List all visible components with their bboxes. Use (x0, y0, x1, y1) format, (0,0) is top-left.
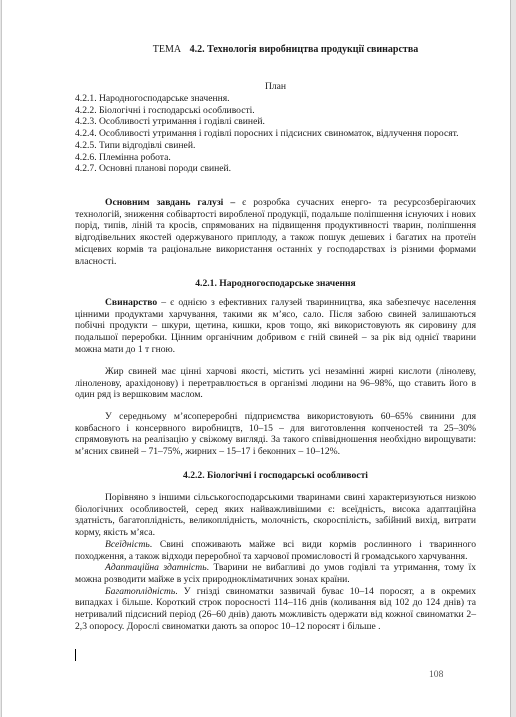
plan-item: 4.2.1. Народногосподарське значення. (75, 93, 476, 105)
plan-item: 4.2.3. Особливості утримання і годівлі с… (75, 116, 476, 128)
intro-block: Основним завдань галузі – є розробка суч… (75, 197, 476, 267)
page-title: ТЕМА 4.2. Технологія виробництва продукц… (75, 44, 476, 56)
term-omnivorous: Всеїдність (105, 539, 150, 550)
section1-p1-block: Свинарство – є однією з ефективних галуз… (75, 297, 476, 356)
intro-bold-lead: Основним завдань галузі – (105, 197, 235, 208)
title-text: 4.2. Технологія виробництва продукції св… (190, 44, 419, 55)
section2-paragraph: Адаптаційна здатність. Тварини не вибагл… (75, 562, 476, 585)
section1-paragraph: Свинарство – є однією з ефективних галуз… (75, 297, 476, 356)
section2-paragraph: Всеїдність. Свині споживають майже всі в… (75, 539, 476, 562)
section1-paragraph: Жир свиней має цінні харчові якості, міс… (75, 366, 476, 401)
text-cursor[interactable] (75, 649, 76, 661)
section1-bold-lead: Свинарство (105, 297, 157, 308)
section1-p3-block: У середньому м’ясопереробні підприємства… (75, 411, 476, 458)
term-adaptability: Адаптаційна здатність (105, 562, 207, 573)
section1-paragraph: У середньому м’ясопереробні підприємства… (75, 411, 476, 458)
plan-item: 4.2.4. Особливості утримання і годівлі п… (75, 128, 476, 140)
page-number: 108 (429, 669, 443, 680)
document-page: ТЕМА 4.2. Технологія виробництва продукц… (1, 0, 511, 717)
plan-item: 4.2.7. Основні планові породи свиней. (75, 163, 476, 175)
section-heading-4-2-2: 4.2.2. Біологічні і господарські особлив… (75, 470, 476, 482)
plan-item: 4.2.6. Племінна робота. (75, 152, 476, 164)
section2-p1-block: Порівняно з іншими сільськогосподарським… (75, 492, 476, 632)
intro-paragraph: Основним завдань галузі – є розробка суч… (75, 197, 476, 267)
term-prolificacy: Багатоплідність (105, 586, 175, 597)
plan-item: 4.2.2. Біологічні і господарські особлив… (75, 105, 476, 117)
plan-heading: План (75, 81, 476, 93)
title-prefix: ТЕМА (153, 44, 181, 55)
section2-paragraph: Багатоплідність. У гнізді свиноматки заз… (75, 586, 476, 633)
section-heading-4-2-1: 4.2.1. Народногосподарське значення (75, 278, 476, 290)
window-gutter (511, 0, 516, 717)
plan-list: 4.2.1. Народногосподарське значення. 4.2… (75, 93, 476, 175)
section2-paragraph: Порівняно з іншими сільськогосподарським… (75, 492, 476, 539)
plan-item: 4.2.5. Типи відгодівлі свиней. (75, 140, 476, 152)
section1-p2-block: Жир свиней має цінні харчові якості, міс… (75, 366, 476, 401)
